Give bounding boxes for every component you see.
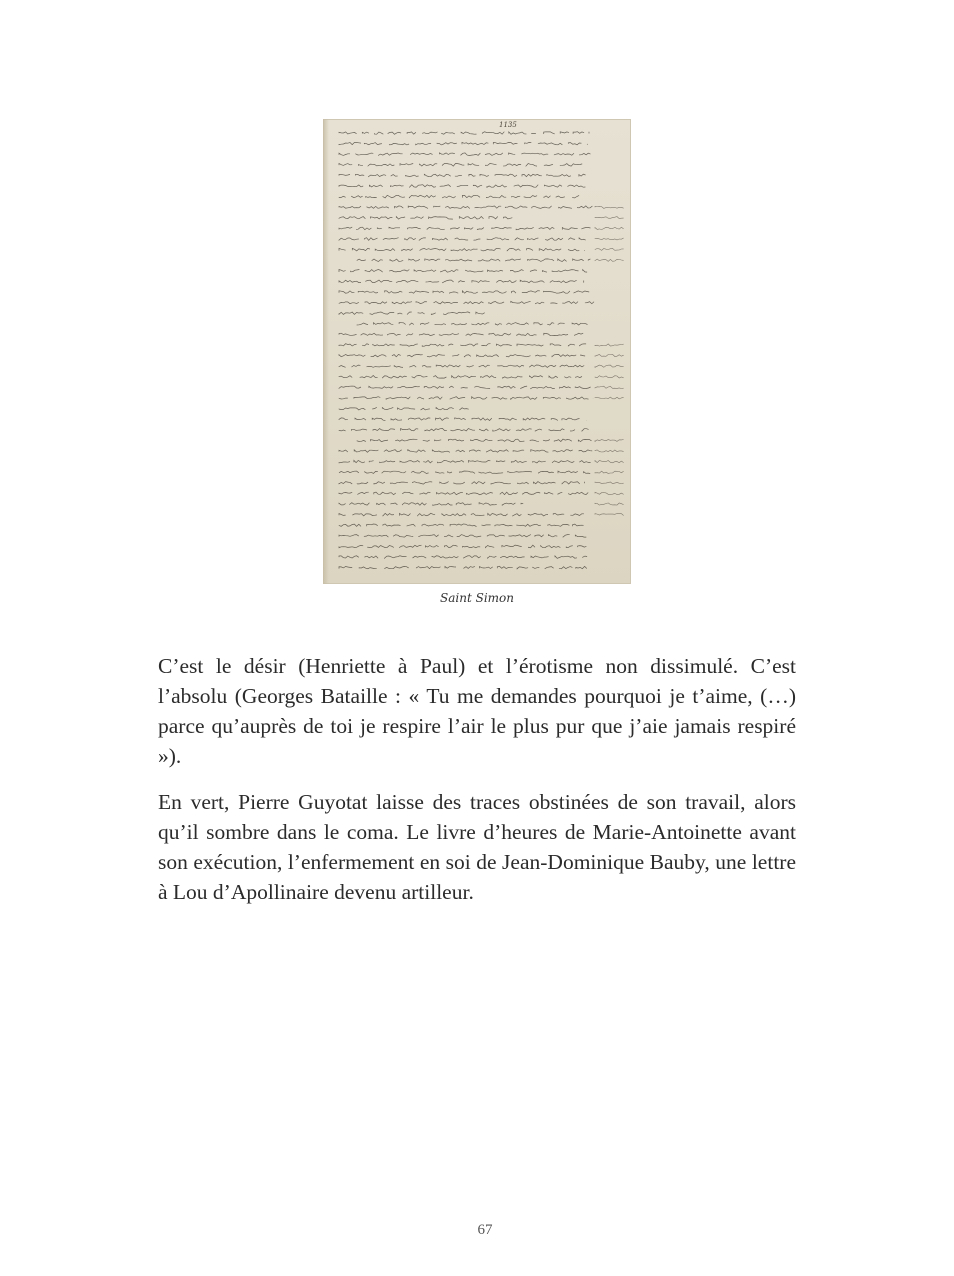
manuscript-image: 1135	[323, 119, 631, 584]
handwriting-lines	[323, 119, 631, 584]
manuscript-page-mark: 1135	[499, 121, 517, 129]
paragraph-2: En vert, Pierre Guyotat laisse des trace…	[158, 787, 796, 907]
document-page: 1135 Saint Simon C’est le désir (Henriet…	[0, 0, 954, 1276]
paragraph-1: C’est le désir (Henriette à Paul) et l’é…	[158, 651, 796, 771]
page-number: 67	[440, 1222, 530, 1239]
figure-caption: Saint Simon	[323, 591, 631, 605]
